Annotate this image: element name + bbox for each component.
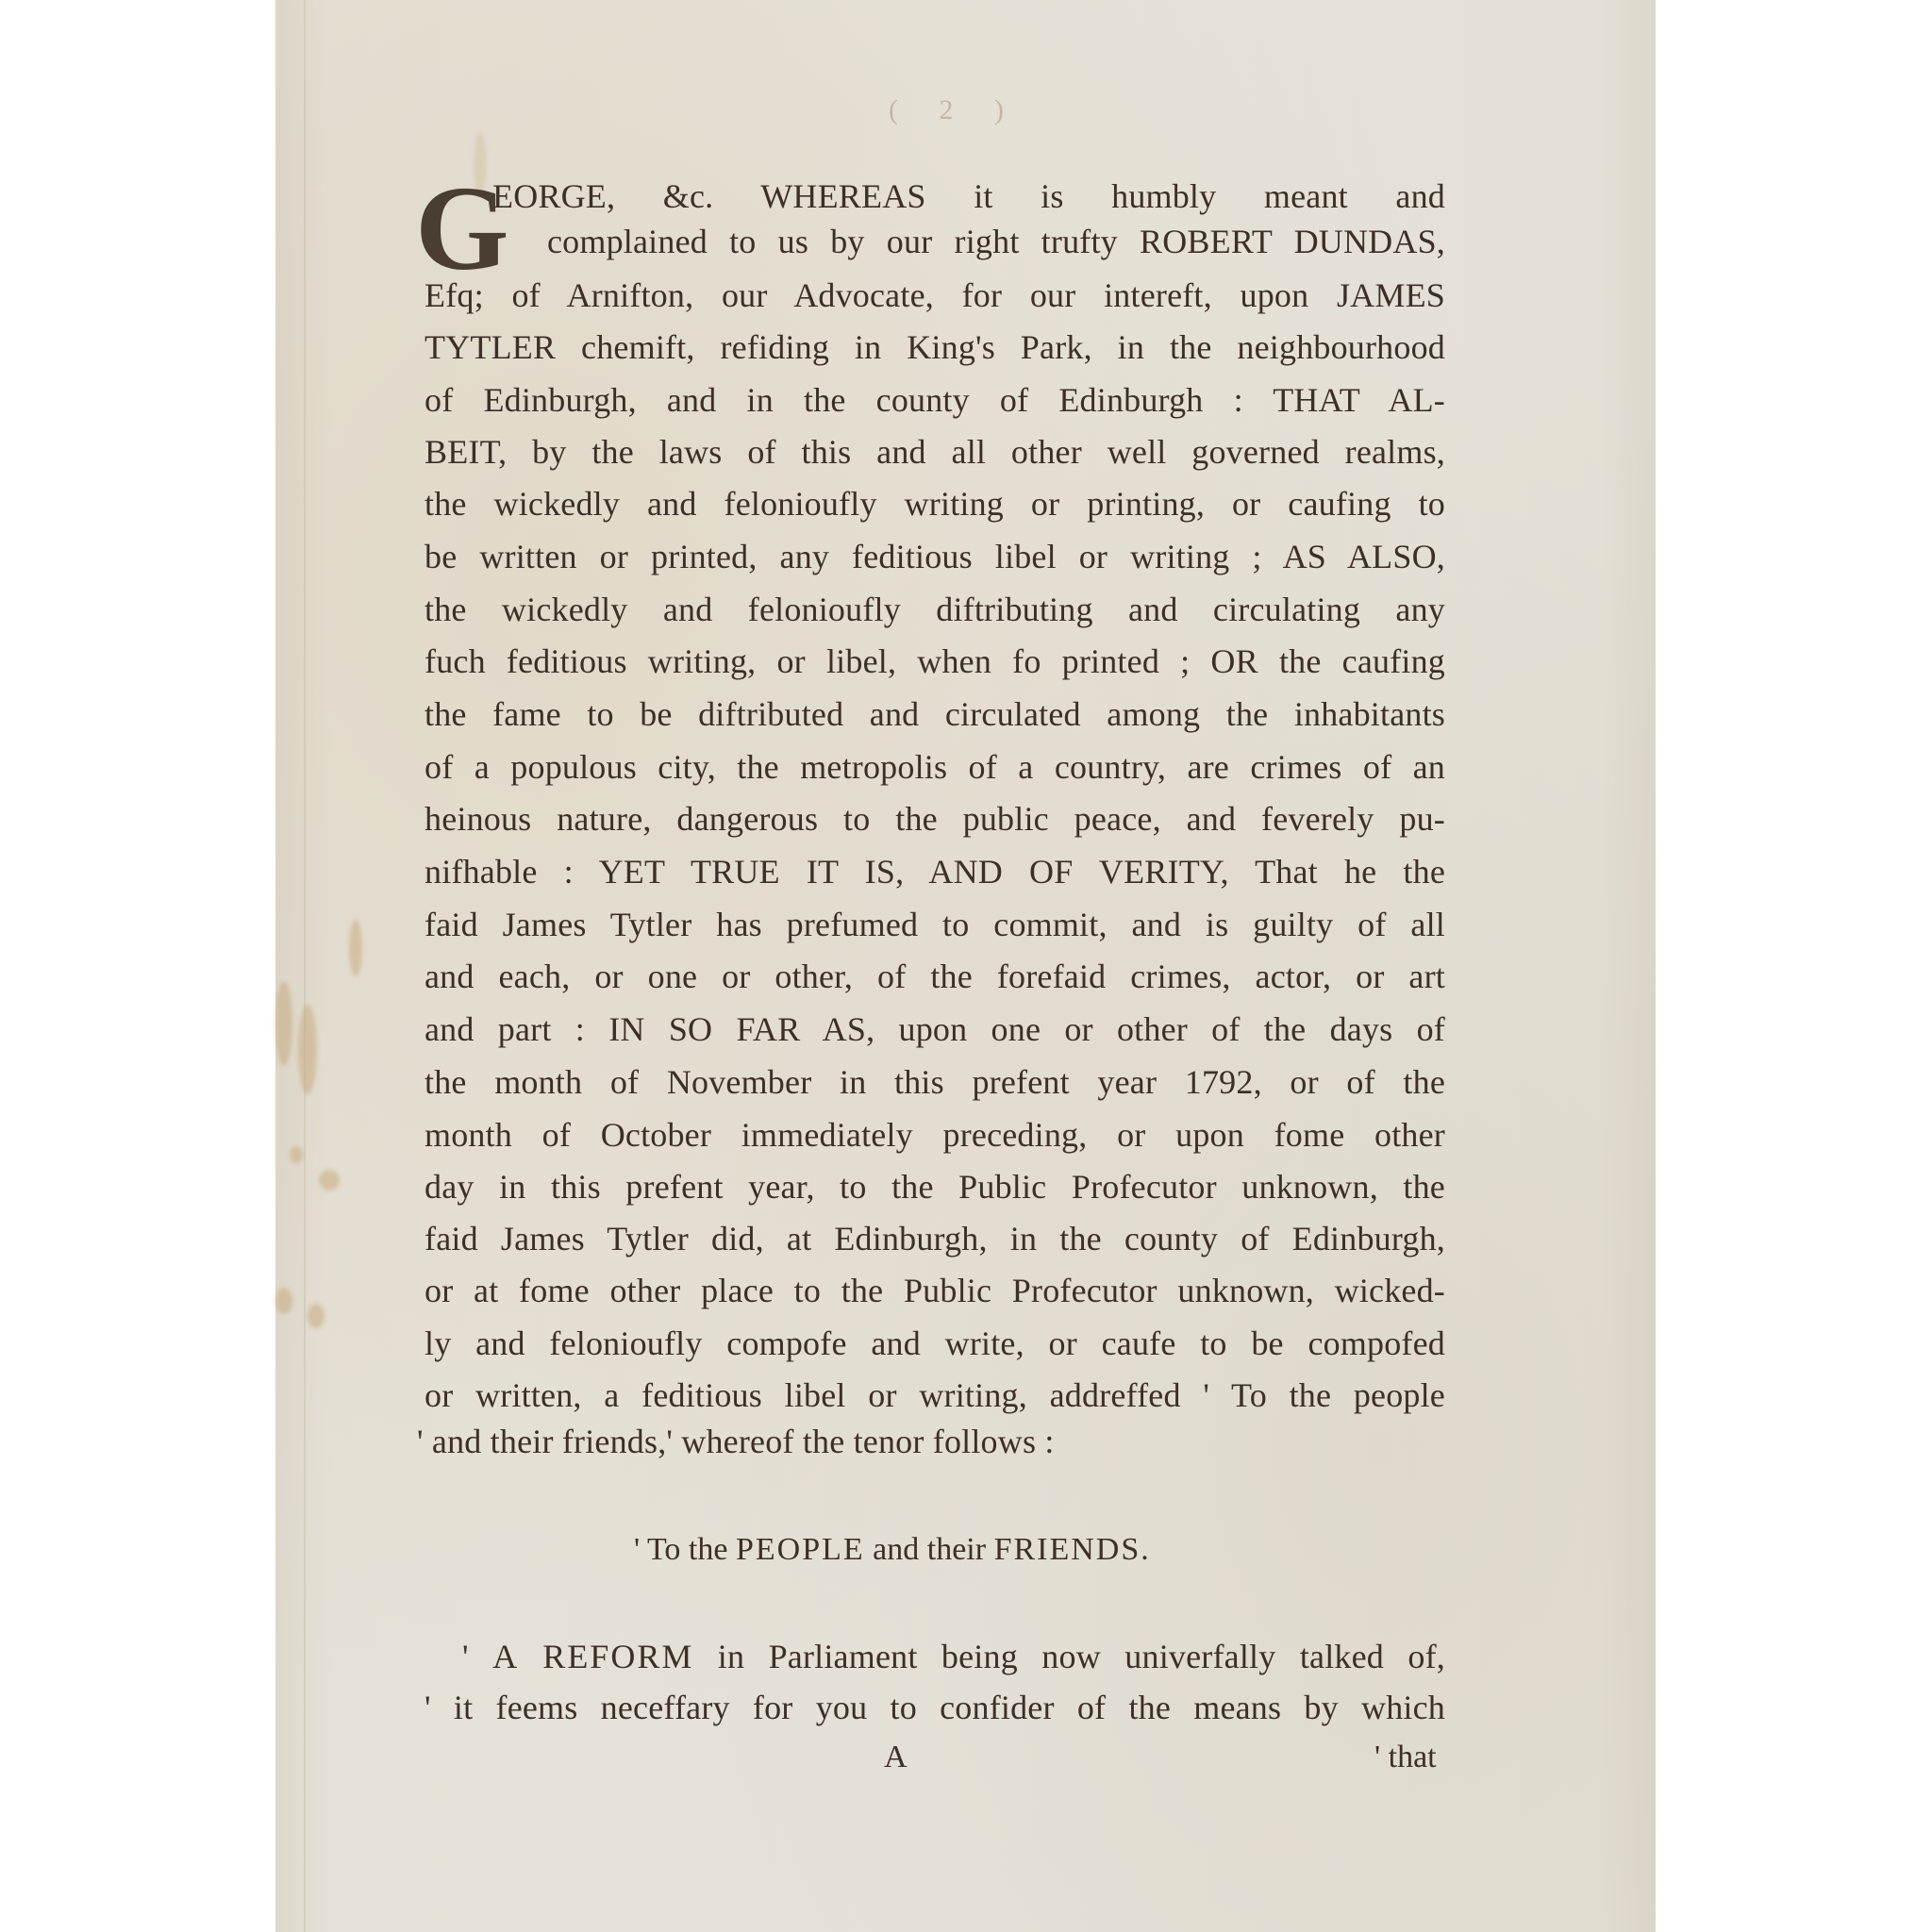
heading-smallcaps: FRIENDS. <box>994 1532 1151 1567</box>
text-line: ' and their friends,' whereof the tenor … <box>417 1415 1438 1468</box>
quoted-line: ' it feems neceffary for you to confider… <box>425 1681 1445 1734</box>
foxing-stain <box>275 981 292 1066</box>
text-line: ly and felonioufly compofe and write, or… <box>425 1317 1445 1370</box>
text-line: month of October immediately preceding, … <box>425 1108 1445 1161</box>
heading-smallcaps: PEOPLE <box>736 1532 865 1567</box>
foxing-stain <box>308 1304 325 1328</box>
text-line: or written, a feditious libel or writing… <box>425 1369 1445 1422</box>
foxing-stain <box>290 1146 303 1163</box>
text-line: and part : IN SO FAR AS, upon one or oth… <box>425 1003 1445 1056</box>
text-line: day in this prefent year, to the Public … <box>425 1160 1445 1213</box>
text-line: faid James Tytler did, at Edinburgh, in … <box>425 1212 1445 1265</box>
text-line: or at fome other place to the Public Pro… <box>425 1264 1445 1317</box>
foxing-stain <box>319 1170 340 1191</box>
open-quote: ' <box>634 1532 640 1567</box>
text-line: complained to us by our right trufty ROB… <box>547 215 1445 268</box>
quoted-text-line: in Parliament being now univerfally talk… <box>718 1638 1445 1675</box>
text-line: the month of November in this prefent ye… <box>425 1056 1445 1108</box>
text-line: the fame to be diftributed and circulate… <box>425 688 1445 741</box>
text-line: the wickedly and felonioufly writing or … <box>425 477 1445 530</box>
text-line: TYTLER chemift, refiding in King's Park,… <box>425 321 1445 374</box>
quoted-text-line: it feems neceffary for you to confider o… <box>454 1689 1445 1726</box>
foxing-stain <box>275 1288 292 1314</box>
text-line: nifhable : YET TRUE IT IS, AND OF VERITY… <box>425 845 1445 898</box>
foxing-stain <box>349 920 362 976</box>
text-line: BEIT, by the laws of this and all other … <box>425 425 1445 478</box>
text-line: of Edinburgh, and in the county of Edinb… <box>425 374 1445 426</box>
text-line: be written or printed, any feditious lib… <box>425 530 1445 583</box>
page-fold-line <box>304 0 306 1932</box>
page-number: ( 2 ) <box>889 94 1021 126</box>
text-line: Efq; of Arnifton, our Advocate, for our … <box>425 269 1445 322</box>
open-quote: ' <box>425 1689 431 1726</box>
document-page: ( 2 ) G EORGE, &c. WHEREAS it is humbly … <box>275 0 1656 1932</box>
heading-text: and their <box>873 1532 986 1567</box>
quoted-line: ' A REFORM in Parliament being now unive… <box>462 1630 1445 1683</box>
text-line: heinous nature, dangerous to the public … <box>425 792 1445 845</box>
foxing-stain <box>298 1005 317 1094</box>
text-line: faid James Tytler has prefumed to commit… <box>425 898 1445 951</box>
text-line: the wickedly and felonioufly diftributin… <box>425 583 1445 636</box>
catchword: ' that <box>1374 1734 1437 1781</box>
heading-text: To the <box>647 1532 727 1567</box>
text-line: of a populous city, the metropolis of a … <box>425 741 1445 793</box>
text-line: fuch feditious writing, or libel, when f… <box>425 635 1445 688</box>
address-heading: ' To the PEOPLE and their FRIENDS. <box>634 1526 1151 1574</box>
text-line: and each, or one or other, of the forefa… <box>425 950 1445 1003</box>
signature-mark: A <box>884 1734 908 1781</box>
smallcaps-text: A REFORM <box>492 1638 693 1675</box>
open-quote: ' <box>462 1638 469 1675</box>
